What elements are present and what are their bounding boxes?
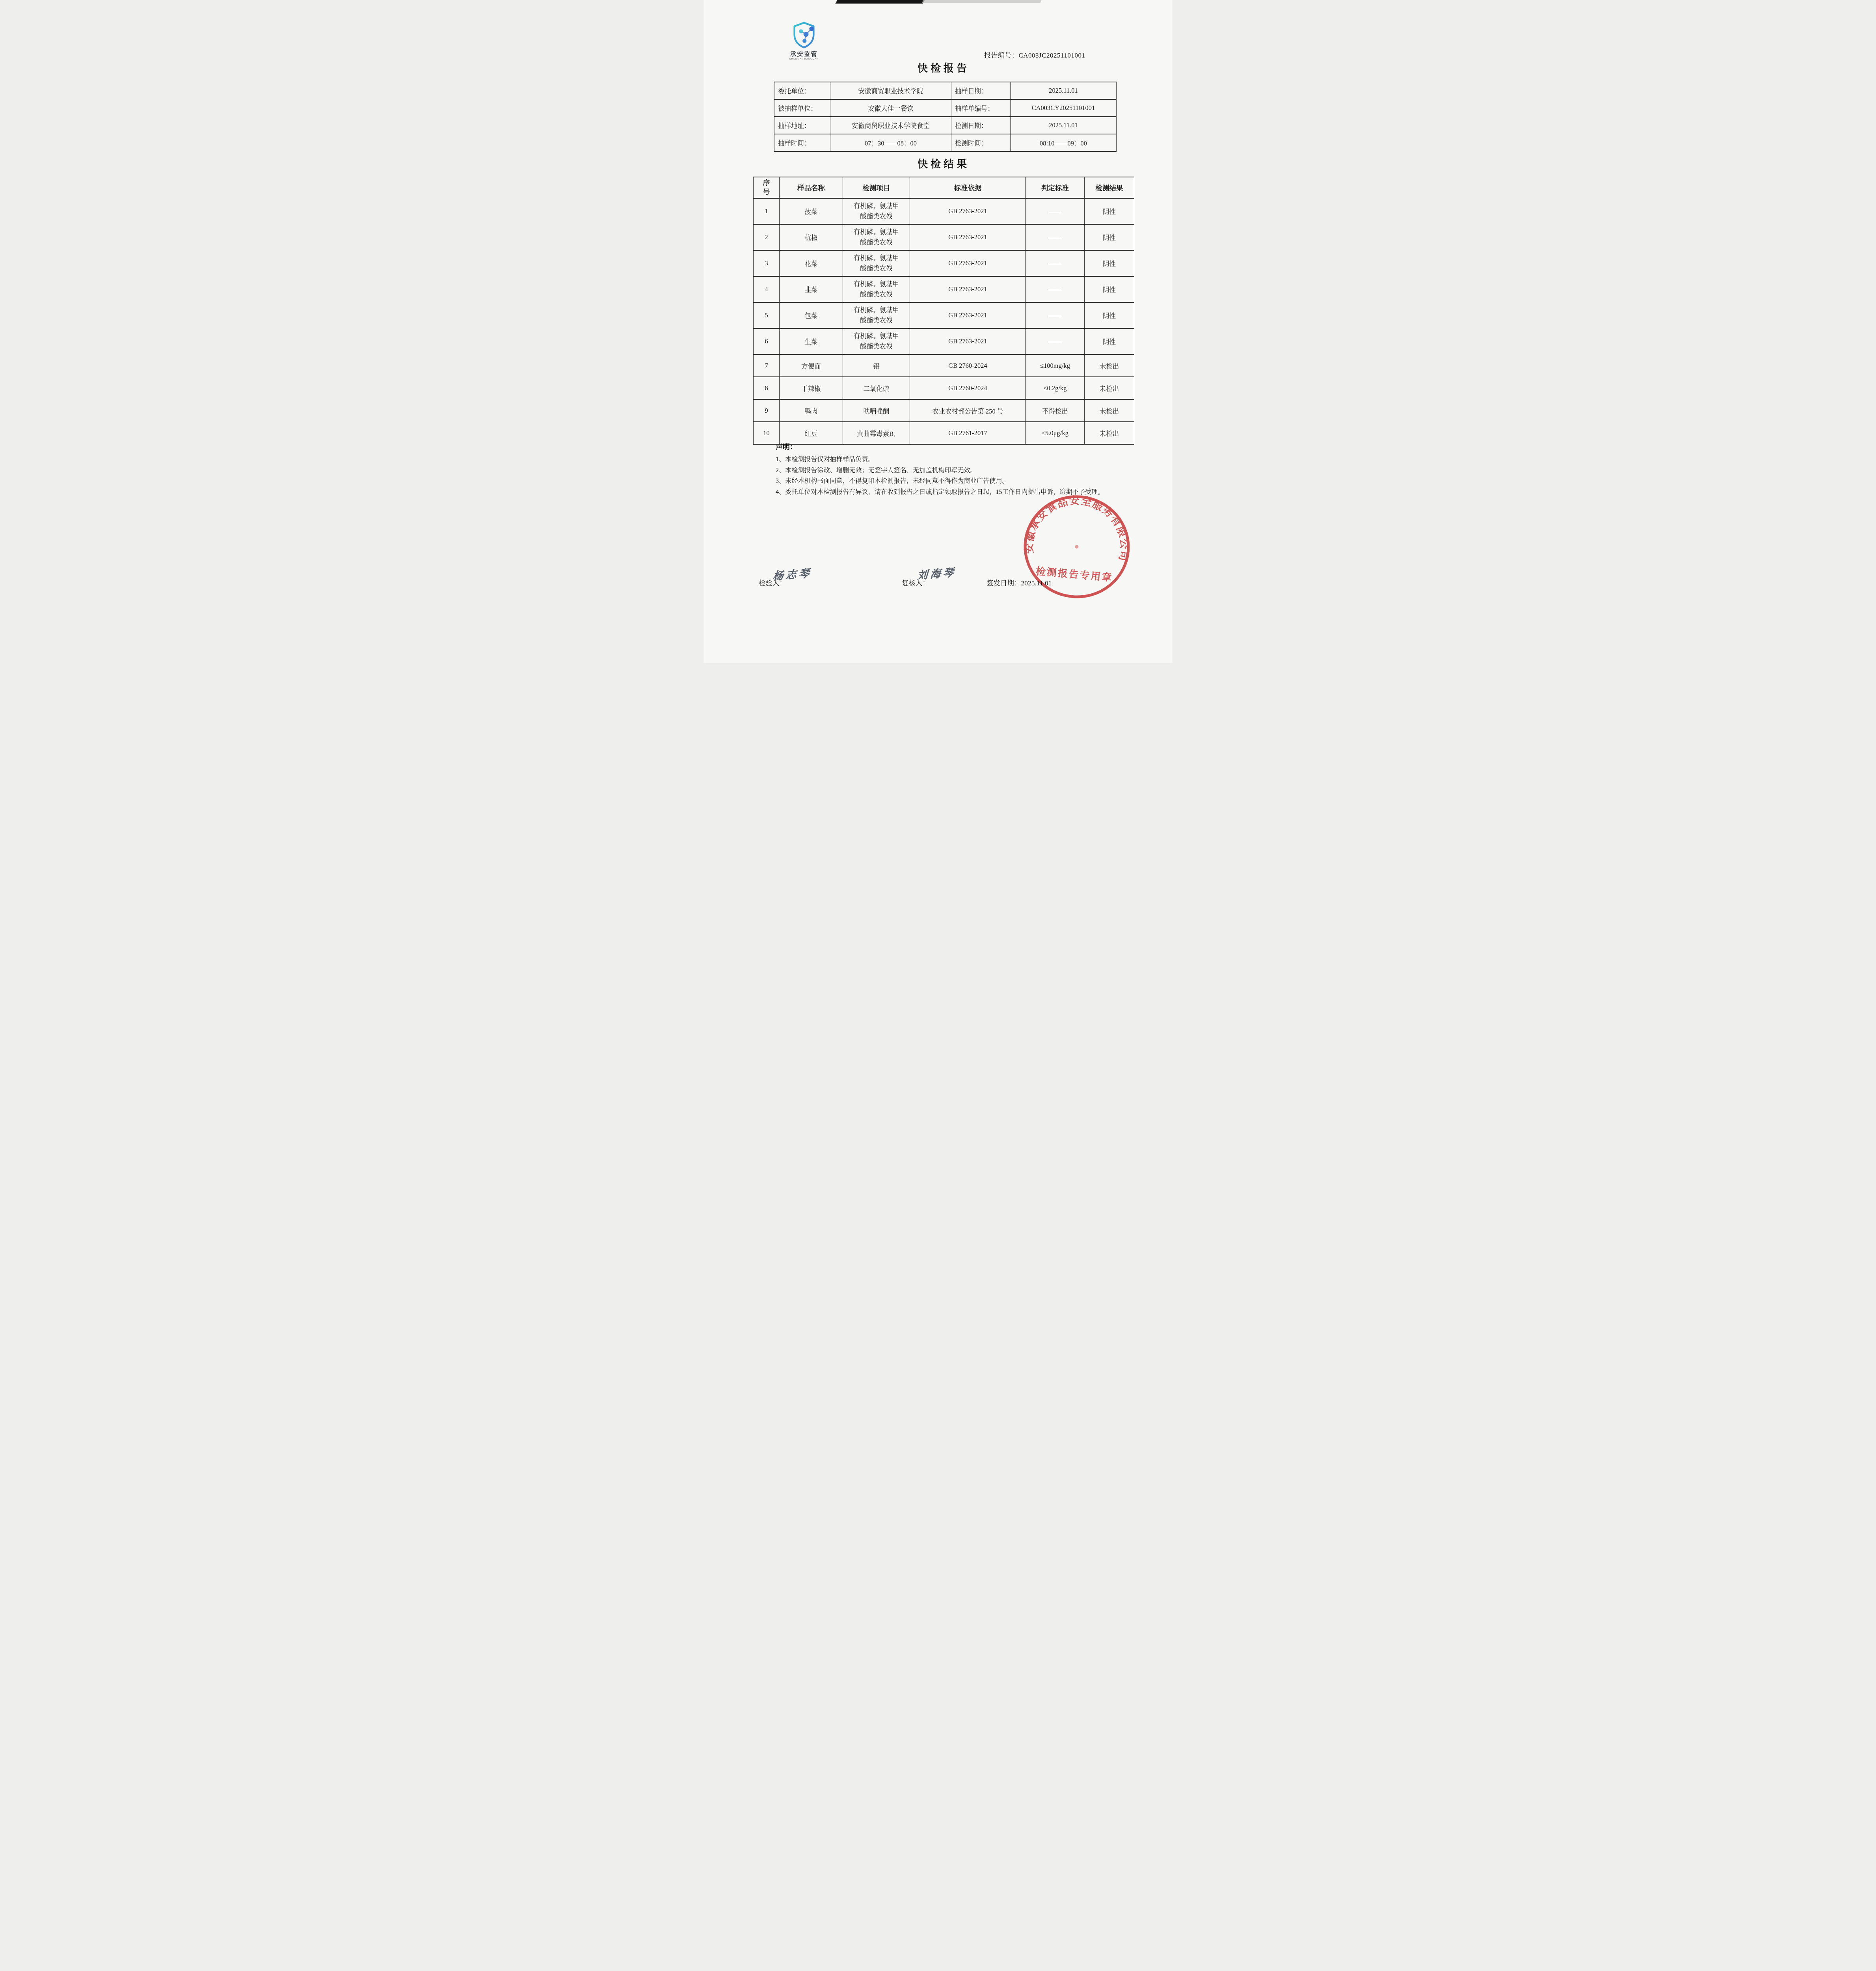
statement-note: 3、未经本机构书面同意，不得复印本检测报告，未经同意不得作为商业广告使用。 [776, 476, 1126, 487]
result-row: 5 包菜 有机磷、氨基甲 酸酯类农残 GB 2763-2021 —— 阴性 [754, 302, 1134, 328]
result-row: 8 干辣椒 二氧化硫 GB 2760-2024 ≤0.2g/kg 未检出 [754, 377, 1134, 399]
cell-result: 阴性 [1085, 328, 1134, 354]
cell-standard: GB 2763-2021 [910, 328, 1026, 354]
inspector-signature: 杨志琴 [772, 564, 812, 583]
result-row: 9 鸭肉 呋喃唑酮 农业农村部公告第 250 号 不得检出 未检出 [754, 399, 1134, 422]
results-header-row: 序 号 样品名称 检测项目 标准依据 判定标准 检测结果 [754, 177, 1134, 198]
statement-note: 2、本检测报告涂改、增删无效；无签字人签名、无加盖机构印章无效。 [776, 465, 1126, 476]
reviewer-signature: 刘海琴 [917, 564, 957, 583]
cell-sample: 干辣椒 [780, 377, 843, 399]
result-row: 3 花菜 有机磷、氨基甲 酸酯类农残 GB 2763-2021 —— 阴性 [754, 250, 1134, 276]
cell-item: 有机磷、氨基甲 酸酯类农残 [843, 250, 910, 276]
result-row: 1 菠菜 有机磷、氨基甲 酸酯类农残 GB 2763-2021 —— 阴性 [754, 198, 1134, 224]
statement-note: 1、本检测报告仅对抽样样品负责。 [776, 454, 1126, 465]
result-row: 2 杭椒 有机磷、氨基甲 酸酯类农残 GB 2763-2021 —— 阴性 [754, 224, 1134, 250]
cell-result: 阴性 [1085, 224, 1134, 250]
cell-standard: 农业农村部公告第 250 号 [910, 399, 1026, 422]
info-row: 抽样地址： 安徽商贸职业技术学院食堂 检测日期： 2025.11.01 [774, 117, 1117, 134]
info-label: 检测日期： [951, 117, 1011, 134]
info-row: 被抽样单位： 安徽大佳一餐饮 抽样单编号： CA003CY20251101001 [774, 99, 1117, 117]
cell-sample: 菠菜 [780, 198, 843, 224]
report-page: 承安监管 CHENGANJIANGUAN 报告编号：CA003JC2025110… [703, 0, 1172, 663]
col-header-result: 检测结果 [1085, 177, 1134, 198]
result-row: 6 生菜 有机磷、氨基甲 酸酯类农残 GB 2763-2021 —— 阴性 [754, 328, 1134, 354]
info-label: 抽样地址： [774, 117, 830, 134]
cell-criterion: —— [1026, 276, 1085, 302]
cell-criterion: —— [1026, 302, 1085, 328]
col-header-criterion: 判定标准 [1026, 177, 1085, 198]
info-label: 被抽样单位： [774, 99, 830, 117]
col-header-no: 序 号 [754, 177, 780, 198]
info-label: 抽样日期： [951, 82, 1011, 99]
cell-sample: 花菜 [780, 250, 843, 276]
col-header-item: 检测项目 [843, 177, 910, 198]
scan-artifact-light [922, 0, 1042, 3]
stamp-caption: 检测报告专用章 [1035, 565, 1113, 583]
stamp-company-text: 安徽承安食品安全服务有限公司 [1022, 490, 1135, 563]
cell-item: 黄曲霉毒素B₁ [843, 422, 910, 444]
cell-criterion: ≤5.0μg/kg [1026, 422, 1085, 444]
cell-result: 阴性 [1085, 250, 1134, 276]
info-row: 抽样时间： 07：30——08：00 检测时间： 08:10——09：00 [774, 134, 1117, 151]
scan-artifact-dark [835, 0, 925, 4]
statement-heading: 声明： [776, 442, 797, 452]
cell-no: 5 [754, 302, 780, 328]
info-label: 委托单位： [774, 82, 830, 99]
cell-standard: GB 2763-2021 [910, 276, 1026, 302]
cell-result: 阴性 [1085, 302, 1134, 328]
page-title: 快检报告 [753, 60, 1134, 75]
cell-sample: 方便面 [780, 354, 843, 377]
cell-sample: 韭菜 [780, 276, 843, 302]
results-title: 快检结果 [753, 156, 1134, 171]
info-row: 委托单位： 安徽商贸职业技术学院 抽样日期： 2025.11.01 [774, 82, 1117, 99]
info-value: 08:10——09：00 [1011, 134, 1117, 151]
cell-no: 1 [754, 198, 780, 224]
cell-no: 9 [754, 399, 780, 422]
info-value: CA003CY20251101001 [1011, 99, 1117, 117]
cell-sample: 生菜 [780, 328, 843, 354]
cell-item: 有机磷、氨基甲 酸酯类农残 [843, 328, 910, 354]
cell-sample: 包菜 [780, 302, 843, 328]
cell-no: 6 [754, 328, 780, 354]
svg-text:安徽承安食品安全服务有限公司: 安徽承安食品安全服务有限公司 [1022, 490, 1135, 563]
cell-no: 8 [754, 377, 780, 399]
cell-criterion: —— [1026, 250, 1085, 276]
cell-standard: GB 2763-2021 [910, 224, 1026, 250]
company-logo: 承安监管 CHENGANJIANGUAN [784, 21, 824, 60]
cell-item: 有机磷、氨基甲 酸酯类农残 [843, 302, 910, 328]
cell-criterion: —— [1026, 198, 1085, 224]
info-value: 安徽大佳一餐饮 [830, 99, 951, 117]
cell-sample: 红豆 [780, 422, 843, 444]
cell-standard: GB 2763-2021 [910, 198, 1026, 224]
cell-no: 3 [754, 250, 780, 276]
company-stamp: 安徽承安食品安全服务有限公司 检测报告专用章 [1014, 486, 1140, 608]
cell-no: 2 [754, 224, 780, 250]
sample-info-table: 委托单位： 安徽商贸职业技术学院 抽样日期： 2025.11.01 被抽样单位：… [774, 82, 1117, 152]
info-value: 安徽商贸职业技术学院 [830, 82, 951, 99]
cell-criterion: —— [1026, 224, 1085, 250]
cell-result: 未检出 [1085, 422, 1134, 444]
info-label: 抽样时间： [774, 134, 830, 151]
cell-sample: 杭椒 [780, 224, 843, 250]
cell-result: 未检出 [1085, 399, 1134, 422]
report-number-line: 报告编号：CA003JC20251101001 [984, 50, 1085, 60]
info-label: 抽样单编号： [951, 99, 1011, 117]
cell-standard: GB 2760-2024 [910, 354, 1026, 377]
logo-name: 承安监管 [784, 50, 824, 58]
report-number-label: 报告编号： [984, 52, 1019, 59]
cell-result: 阴性 [1085, 276, 1134, 302]
cell-item: 二氧化硫 [843, 377, 910, 399]
cell-standard: GB 2760-2024 [910, 377, 1026, 399]
cell-item: 有机磷、氨基甲 酸酯类农残 [843, 224, 910, 250]
result-row: 7 方便面 铝 GB 2760-2024 ≤100mg/kg 未检出 [754, 354, 1134, 377]
col-header-sample: 样品名称 [780, 177, 843, 198]
cell-no: 7 [754, 354, 780, 377]
cell-criterion: 不得检出 [1026, 399, 1085, 422]
cell-standard: GB 2761-2017 [910, 422, 1026, 444]
report-number-value: CA003JC20251101001 [1019, 52, 1085, 59]
info-label: 检测时间： [951, 134, 1011, 151]
cell-result: 未检出 [1085, 354, 1134, 377]
cell-criterion: ≤0.2g/kg [1026, 377, 1085, 399]
cell-result: 阴性 [1085, 198, 1134, 224]
info-value: 07：30——08：00 [830, 134, 951, 151]
cell-no: 10 [754, 422, 780, 444]
cell-item: 铝 [843, 354, 910, 377]
cell-item: 有机磷、氨基甲 酸酯类农残 [843, 276, 910, 302]
cell-result: 未检出 [1085, 377, 1134, 399]
cell-criterion: —— [1026, 328, 1085, 354]
result-row: 4 韭菜 有机磷、氨基甲 酸酯类农残 GB 2763-2021 —— 阴性 [754, 276, 1134, 302]
cell-sample: 鸭肉 [780, 399, 843, 422]
info-value: 2025.11.01 [1011, 82, 1117, 99]
cell-standard: GB 2763-2021 [910, 250, 1026, 276]
cell-no: 4 [754, 276, 780, 302]
cell-criterion: ≤100mg/kg [1026, 354, 1085, 377]
stamp-center-dot [1075, 545, 1079, 549]
result-row: 10 红豆 黄曲霉毒素B₁ GB 2761-2017 ≤5.0μg/kg 未检出 [754, 422, 1134, 444]
col-header-standard: 标准依据 [910, 177, 1026, 198]
shield-molecule-icon [791, 21, 817, 49]
cell-item: 呋喃唑酮 [843, 399, 910, 422]
info-value: 2025.11.01 [1011, 117, 1117, 134]
results-table: 序 号 样品名称 检测项目 标准依据 判定标准 检测结果 1 菠菜 有机磷、氨基… [753, 177, 1134, 445]
cell-item: 有机磷、氨基甲 酸酯类农残 [843, 198, 910, 224]
info-value: 安徽商贸职业技术学院食堂 [830, 117, 951, 134]
cell-standard: GB 2763-2021 [910, 302, 1026, 328]
